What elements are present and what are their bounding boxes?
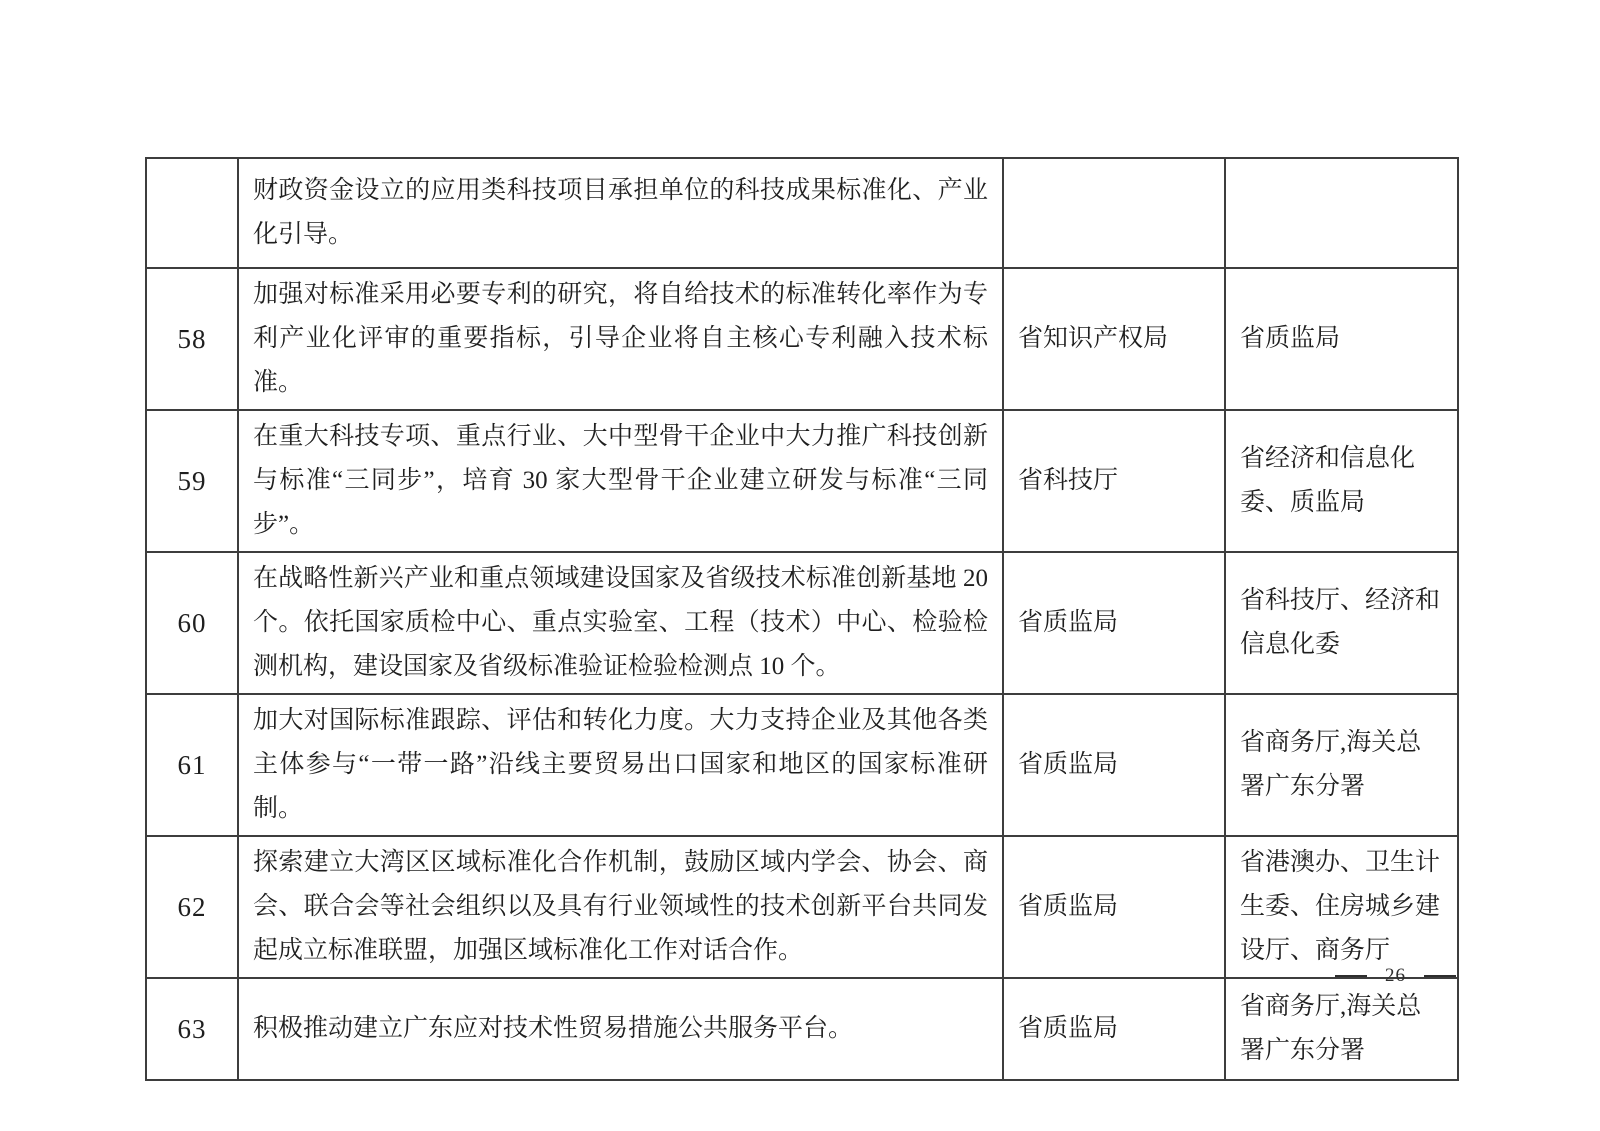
support-department-cell: 省商务厅,海关总署广东分署 [1225,694,1458,836]
row-number-cell [146,158,238,268]
task-table: 财政资金设立的应用类科技项目承担单位的科技成果标准化、产业化引导。 58 加强对… [145,157,1459,1081]
support-department-cell: 省经济和信息化委、质监局 [1225,410,1458,552]
row-number-cell: 58 [146,268,238,410]
page-number-value: 26 [1385,965,1406,987]
row-number-cell: 61 [146,694,238,836]
support-department-cell: 省质监局 [1225,268,1458,410]
task-cell: 探索建立大湾区区域标准化合作机制，鼓励区域内学会、协会、商会、联合会等社会组织以… [238,836,1003,978]
row-number-cell: 60 [146,552,238,694]
task-cell: 财政资金设立的应用类科技项目承担单位的科技成果标准化、产业化引导。 [238,158,1003,268]
task-cell: 加大对国际标准跟踪、评估和转化力度。大力支持企业及其他各类主体参与“一带一路”沿… [238,694,1003,836]
lead-department-cell [1003,158,1225,268]
task-cell: 积极推动建立广东应对技术性贸易措施公共服务平台。 [238,978,1003,1080]
page-number: 26 [1335,965,1456,987]
page-number-right-dash [1424,975,1456,977]
support-department-cell: 省科技厅、经济和信息化委 [1225,552,1458,694]
lead-department-cell: 省质监局 [1003,694,1225,836]
table-row: 60 在战略性新兴产业和重点领域建设国家及省级技术标准创新基地 20 个。依托国… [146,552,1458,694]
row-number-cell: 59 [146,410,238,552]
support-department-cell: 省港澳办、卫生计生委、住房城乡建设厅、商务厅 [1225,836,1458,978]
lead-department-cell: 省知识产权局 [1003,268,1225,410]
table-row: 62 探索建立大湾区区域标准化合作机制，鼓励区域内学会、协会、商会、联合会等社会… [146,836,1458,978]
row-number-cell: 63 [146,978,238,1080]
lead-department-cell: 省质监局 [1003,978,1225,1080]
task-cell: 在战略性新兴产业和重点领域建设国家及省级技术标准创新基地 20 个。依托国家质检… [238,552,1003,694]
task-cell: 在重大科技专项、重点行业、大中型骨干企业中大力推广科技创新与标准“三同步”，培育… [238,410,1003,552]
page-number-left-dash [1335,975,1367,977]
lead-department-cell: 省质监局 [1003,836,1225,978]
row-number-cell: 62 [146,836,238,978]
table-row: 61 加大对国际标准跟踪、评估和转化力度。大力支持企业及其他各类主体参与“一带一… [146,694,1458,836]
table-row: 58 加强对标准采用必要专利的研究，将自给技术的标准转化率作为专利产业化评审的重… [146,268,1458,410]
support-department-cell [1225,158,1458,268]
document-page: 财政资金设立的应用类科技项目承担单位的科技成果标准化、产业化引导。 58 加强对… [0,0,1600,1131]
task-cell: 加强对标准采用必要专利的研究，将自给技术的标准转化率作为专利产业化评审的重要指标… [238,268,1003,410]
task-table-container: 财政资金设立的应用类科技项目承担单位的科技成果标准化、产业化引导。 58 加强对… [145,157,1457,1081]
table-row: 财政资金设立的应用类科技项目承担单位的科技成果标准化、产业化引导。 [146,158,1458,268]
table-row: 59 在重大科技专项、重点行业、大中型骨干企业中大力推广科技创新与标准“三同步”… [146,410,1458,552]
lead-department-cell: 省质监局 [1003,552,1225,694]
support-department-cell: 省商务厅,海关总署广东分署 [1225,978,1458,1080]
lead-department-cell: 省科技厅 [1003,410,1225,552]
table-row: 63 积极推动建立广东应对技术性贸易措施公共服务平台。 省质监局 省商务厅,海关… [146,978,1458,1080]
